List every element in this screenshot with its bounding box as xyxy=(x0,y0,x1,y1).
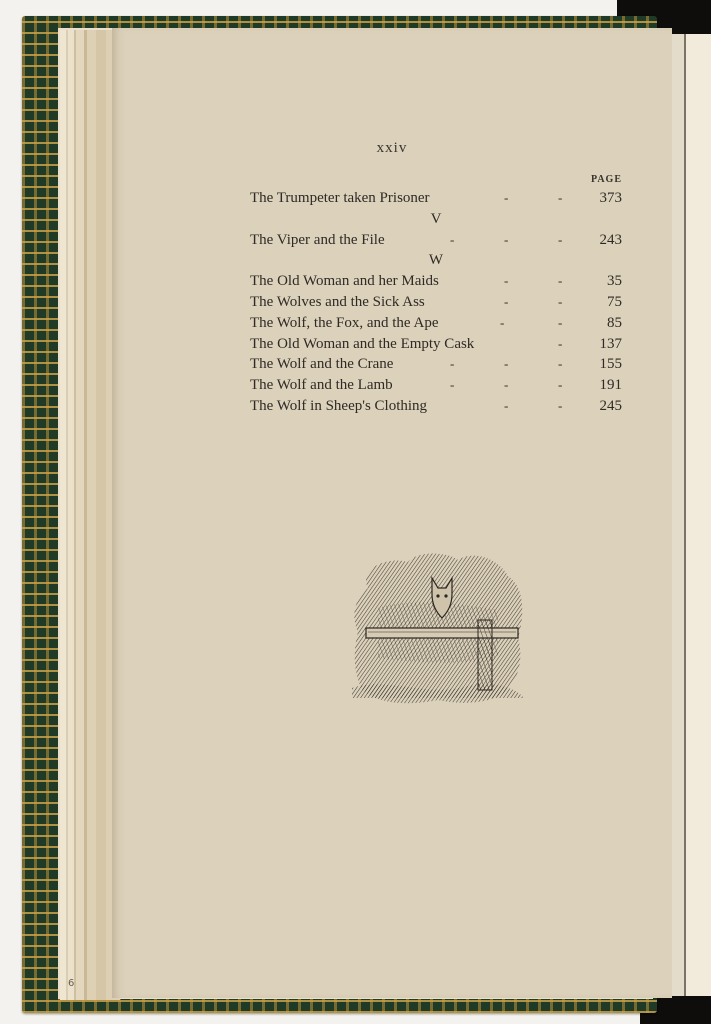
section-letter-w: W xyxy=(250,250,622,271)
entry-page: 85 xyxy=(607,313,622,334)
toc-entry: The Trumpeter taken Prisoner - - 373 xyxy=(250,188,622,209)
leader-dash: - xyxy=(558,354,562,375)
leader-dash: - xyxy=(500,313,504,334)
leader-dash: - xyxy=(558,292,562,313)
leader-dash: - xyxy=(504,188,508,209)
facing-page-edge xyxy=(672,34,711,996)
leader-dash: - xyxy=(450,354,454,375)
leader-dash: - xyxy=(558,334,562,355)
toc-entry: The Wolf in Sheep's Clothing - - 245 xyxy=(250,396,622,417)
leader-dash: - xyxy=(504,354,508,375)
leader-dash: - xyxy=(558,396,562,417)
entry-page: 243 xyxy=(600,230,623,251)
leader-dash: - xyxy=(504,396,508,417)
page-column-label: PAGE xyxy=(250,172,622,188)
entry-title: The Wolf, the Fox, and the Ape xyxy=(250,313,438,334)
entry-page: 245 xyxy=(600,396,623,417)
entry-page: 373 xyxy=(600,188,623,209)
entry-page: 155 xyxy=(600,354,623,375)
entry-title: The Wolf and the Lamb xyxy=(250,375,393,396)
entry-title: The Wolf in Sheep's Clothing xyxy=(250,396,427,417)
toc-entry: The Wolf and the Lamb - - - 191 xyxy=(250,375,622,396)
book-page: xxiv PAGE The Trumpeter taken Prisoner -… xyxy=(112,28,672,998)
toc-entry: The Old Woman and her Maids - - 35 xyxy=(250,271,622,292)
leader-dash: - xyxy=(504,230,508,251)
fox-engraving-illustration xyxy=(348,548,526,708)
entry-page: 137 xyxy=(600,334,623,355)
leader-dash: - xyxy=(558,188,562,209)
leader-dash: - xyxy=(450,230,454,251)
page-fore-edges xyxy=(60,30,120,1000)
entry-title: The Old Woman and her Maids xyxy=(250,271,439,292)
entry-title: The Trumpeter taken Prisoner xyxy=(250,188,430,209)
page-number-folio: xxiv xyxy=(112,140,672,157)
leader-dash: - xyxy=(558,375,562,396)
leader-dash: - xyxy=(558,313,562,334)
leader-dash: - xyxy=(558,230,562,251)
entry-title: The Wolves and the Sick Ass xyxy=(250,292,425,313)
pencil-page-mark: 6 xyxy=(68,978,74,989)
leader-dash: - xyxy=(504,292,508,313)
toc-entry: The Old Woman and the Empty Cask - 137 xyxy=(250,334,622,355)
toc-entry: The Wolves and the Sick Ass - - 75 xyxy=(250,292,622,313)
leader-dash: - xyxy=(558,271,562,292)
section-letter-v: V xyxy=(250,209,622,230)
entry-title: The Wolf and the Crane xyxy=(250,354,393,375)
toc-entry: The Wolf, the Fox, and the Ape - - 85 xyxy=(250,313,622,334)
entry-title: The Old Woman and the Empty Cask xyxy=(250,334,474,355)
entry-page: 191 xyxy=(600,375,623,396)
leader-dash: - xyxy=(450,375,454,396)
entry-page: 35 xyxy=(607,271,622,292)
toc-entry: The Viper and the File - - - 243 xyxy=(250,230,622,251)
entry-title: The Viper and the File xyxy=(250,230,385,251)
leader-dash: - xyxy=(504,375,508,396)
leader-dash: - xyxy=(504,271,508,292)
table-of-contents: PAGE The Trumpeter taken Prisoner - - 37… xyxy=(250,172,622,417)
toc-entry: The Wolf and the Crane - - - 155 xyxy=(250,354,622,375)
entry-page: 75 xyxy=(607,292,622,313)
